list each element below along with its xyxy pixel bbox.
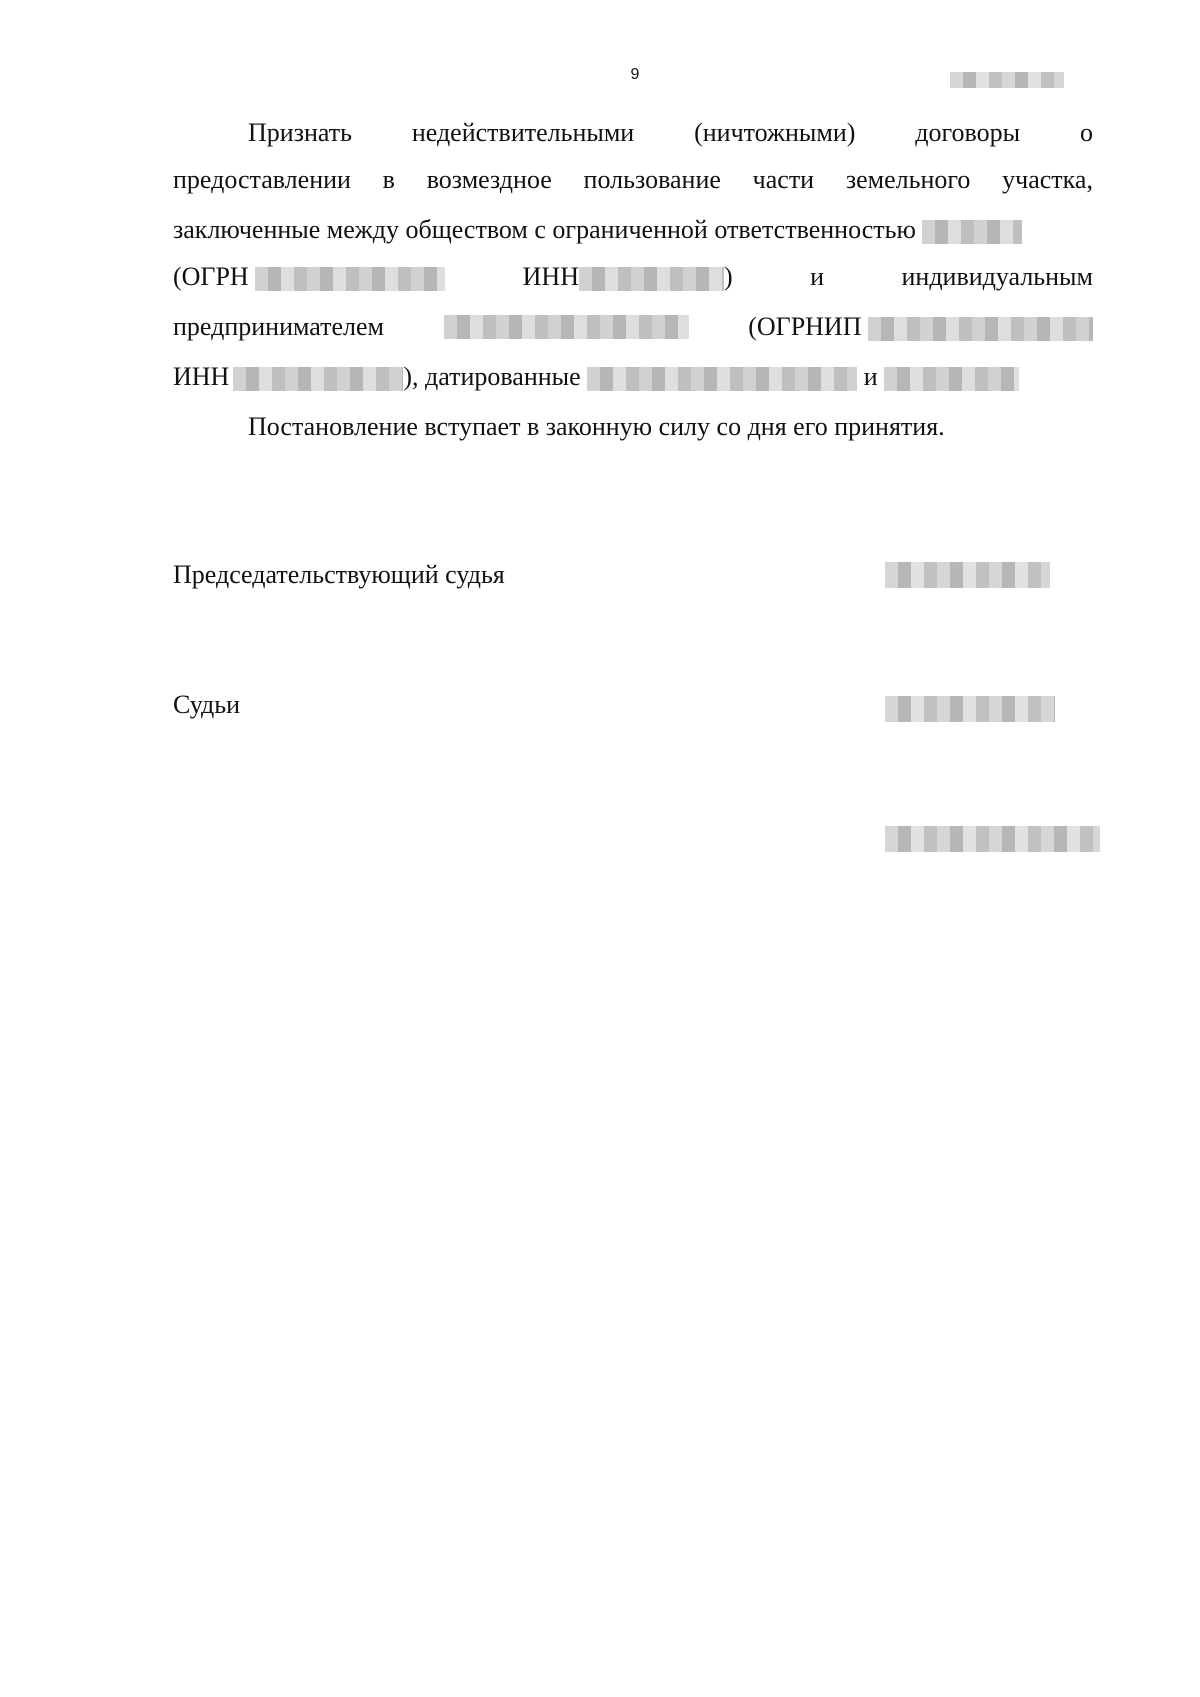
label: Председательствующий судья [173, 560, 505, 589]
word: пользование [584, 165, 721, 195]
word: (ничтожными) [694, 118, 855, 148]
redacted-presiding-judge-name [885, 562, 1050, 588]
paragraph-line-2: предоставлении в возмездное пользование … [173, 165, 1093, 195]
word: и [810, 262, 824, 292]
paragraph-line-4: (ОГРН ИНН) и индивидуальным [173, 262, 1093, 292]
redacted-company-name [922, 220, 1022, 244]
redacted-inn [233, 367, 403, 391]
text: Постановление вступает в законную силу с… [248, 412, 945, 441]
redacted-date [587, 367, 857, 391]
word: договоры [915, 118, 1020, 148]
paragraph-line-3: заключенные между обществом с ограниченн… [173, 215, 1093, 245]
word: индивидуальным [902, 262, 1093, 292]
word: участка, [1002, 165, 1093, 195]
redacted-inn [579, 267, 724, 291]
redacted-ogrn [255, 267, 445, 291]
redacted-entrepreneur-name [444, 315, 689, 339]
redacted-ogrnip [868, 317, 1093, 341]
word: предпринимателем [173, 312, 384, 342]
inn-label: ИНН [523, 262, 579, 291]
word: в [383, 165, 395, 195]
word: недействительными [412, 118, 634, 148]
paren: ) [724, 262, 733, 291]
word: Признать [248, 118, 352, 148]
redacted-case-number [950, 72, 1064, 88]
paragraph-line-6: ИНН), датированные и [173, 362, 1093, 392]
redacted-date [884, 367, 1019, 391]
word: возмездное [427, 165, 552, 195]
word: предоставлении [173, 165, 351, 195]
text: ), датированные [403, 362, 580, 391]
ogrnip-label: (ОГРНИП [748, 312, 861, 341]
label: Судьи [173, 690, 240, 719]
text: заключенные между обществом с ограниченн… [173, 215, 916, 244]
paragraph-line-7: Постановление вступает в законную силу с… [173, 412, 1168, 442]
paragraph-line-5: предпринимателем (ОГРНИП [173, 312, 1093, 342]
redacted-judge-name [885, 826, 1100, 852]
word: части [753, 165, 814, 195]
inn-label: ИНН [173, 362, 229, 391]
word: о [1080, 118, 1093, 148]
redacted-judge-name [885, 696, 1055, 722]
ogrn-label: (ОГРН [173, 262, 249, 291]
paragraph-line-1: Признать недействительными (ничтожными) … [173, 118, 1093, 148]
word: земельного [846, 165, 971, 195]
word: и [864, 362, 878, 391]
